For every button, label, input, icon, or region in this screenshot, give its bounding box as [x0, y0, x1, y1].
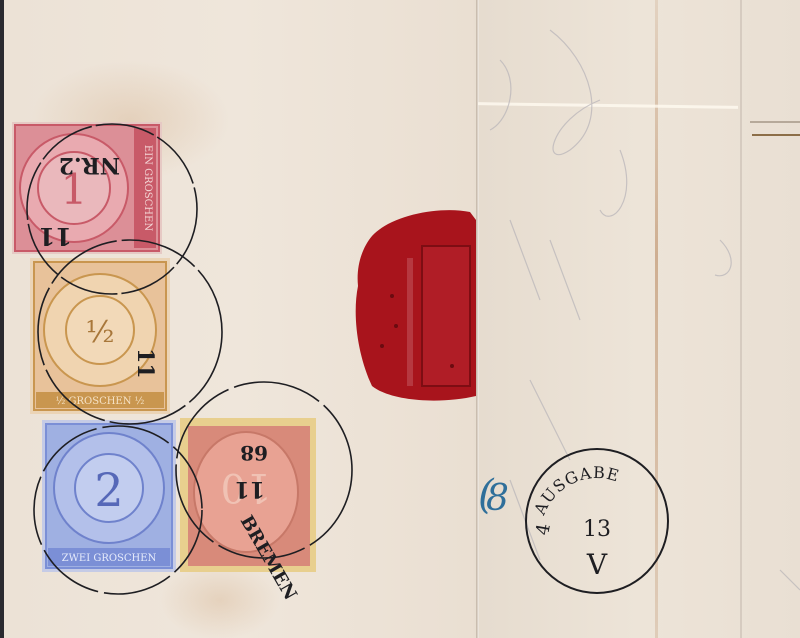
postmark-ausgabe: AUSGABE — [530, 463, 622, 519]
postmark-year: 68 — [240, 441, 268, 465]
postal-cover: EIN GROSCHEN 1 ½ ½ GROSCHEN ½ 2 ZWEI GRO… — [0, 0, 800, 638]
postmark-nr: NR.2 — [59, 152, 120, 178]
arrival-postmark: AUSGABE 13 V 4 — [524, 446, 670, 596]
departure-postmarks: NR.2 11 11 68 11 BREMEN — [0, 110, 360, 610]
postmark-day: 13 — [583, 517, 611, 542]
postmark-ms-number: 4 — [532, 522, 555, 537]
postmark-month: V — [586, 548, 608, 581]
postmark-date-1: 11 — [39, 222, 72, 251]
postmark-date-3: 11 — [234, 476, 265, 502]
wax-seal — [352, 206, 478, 404]
postmark-town: BREMEN — [236, 512, 301, 604]
postmark-date-2: 11 — [132, 348, 158, 379]
blue-paren-mark: ( — [478, 472, 494, 518]
svg-text:AUSGABE: AUSGABE — [530, 463, 622, 519]
